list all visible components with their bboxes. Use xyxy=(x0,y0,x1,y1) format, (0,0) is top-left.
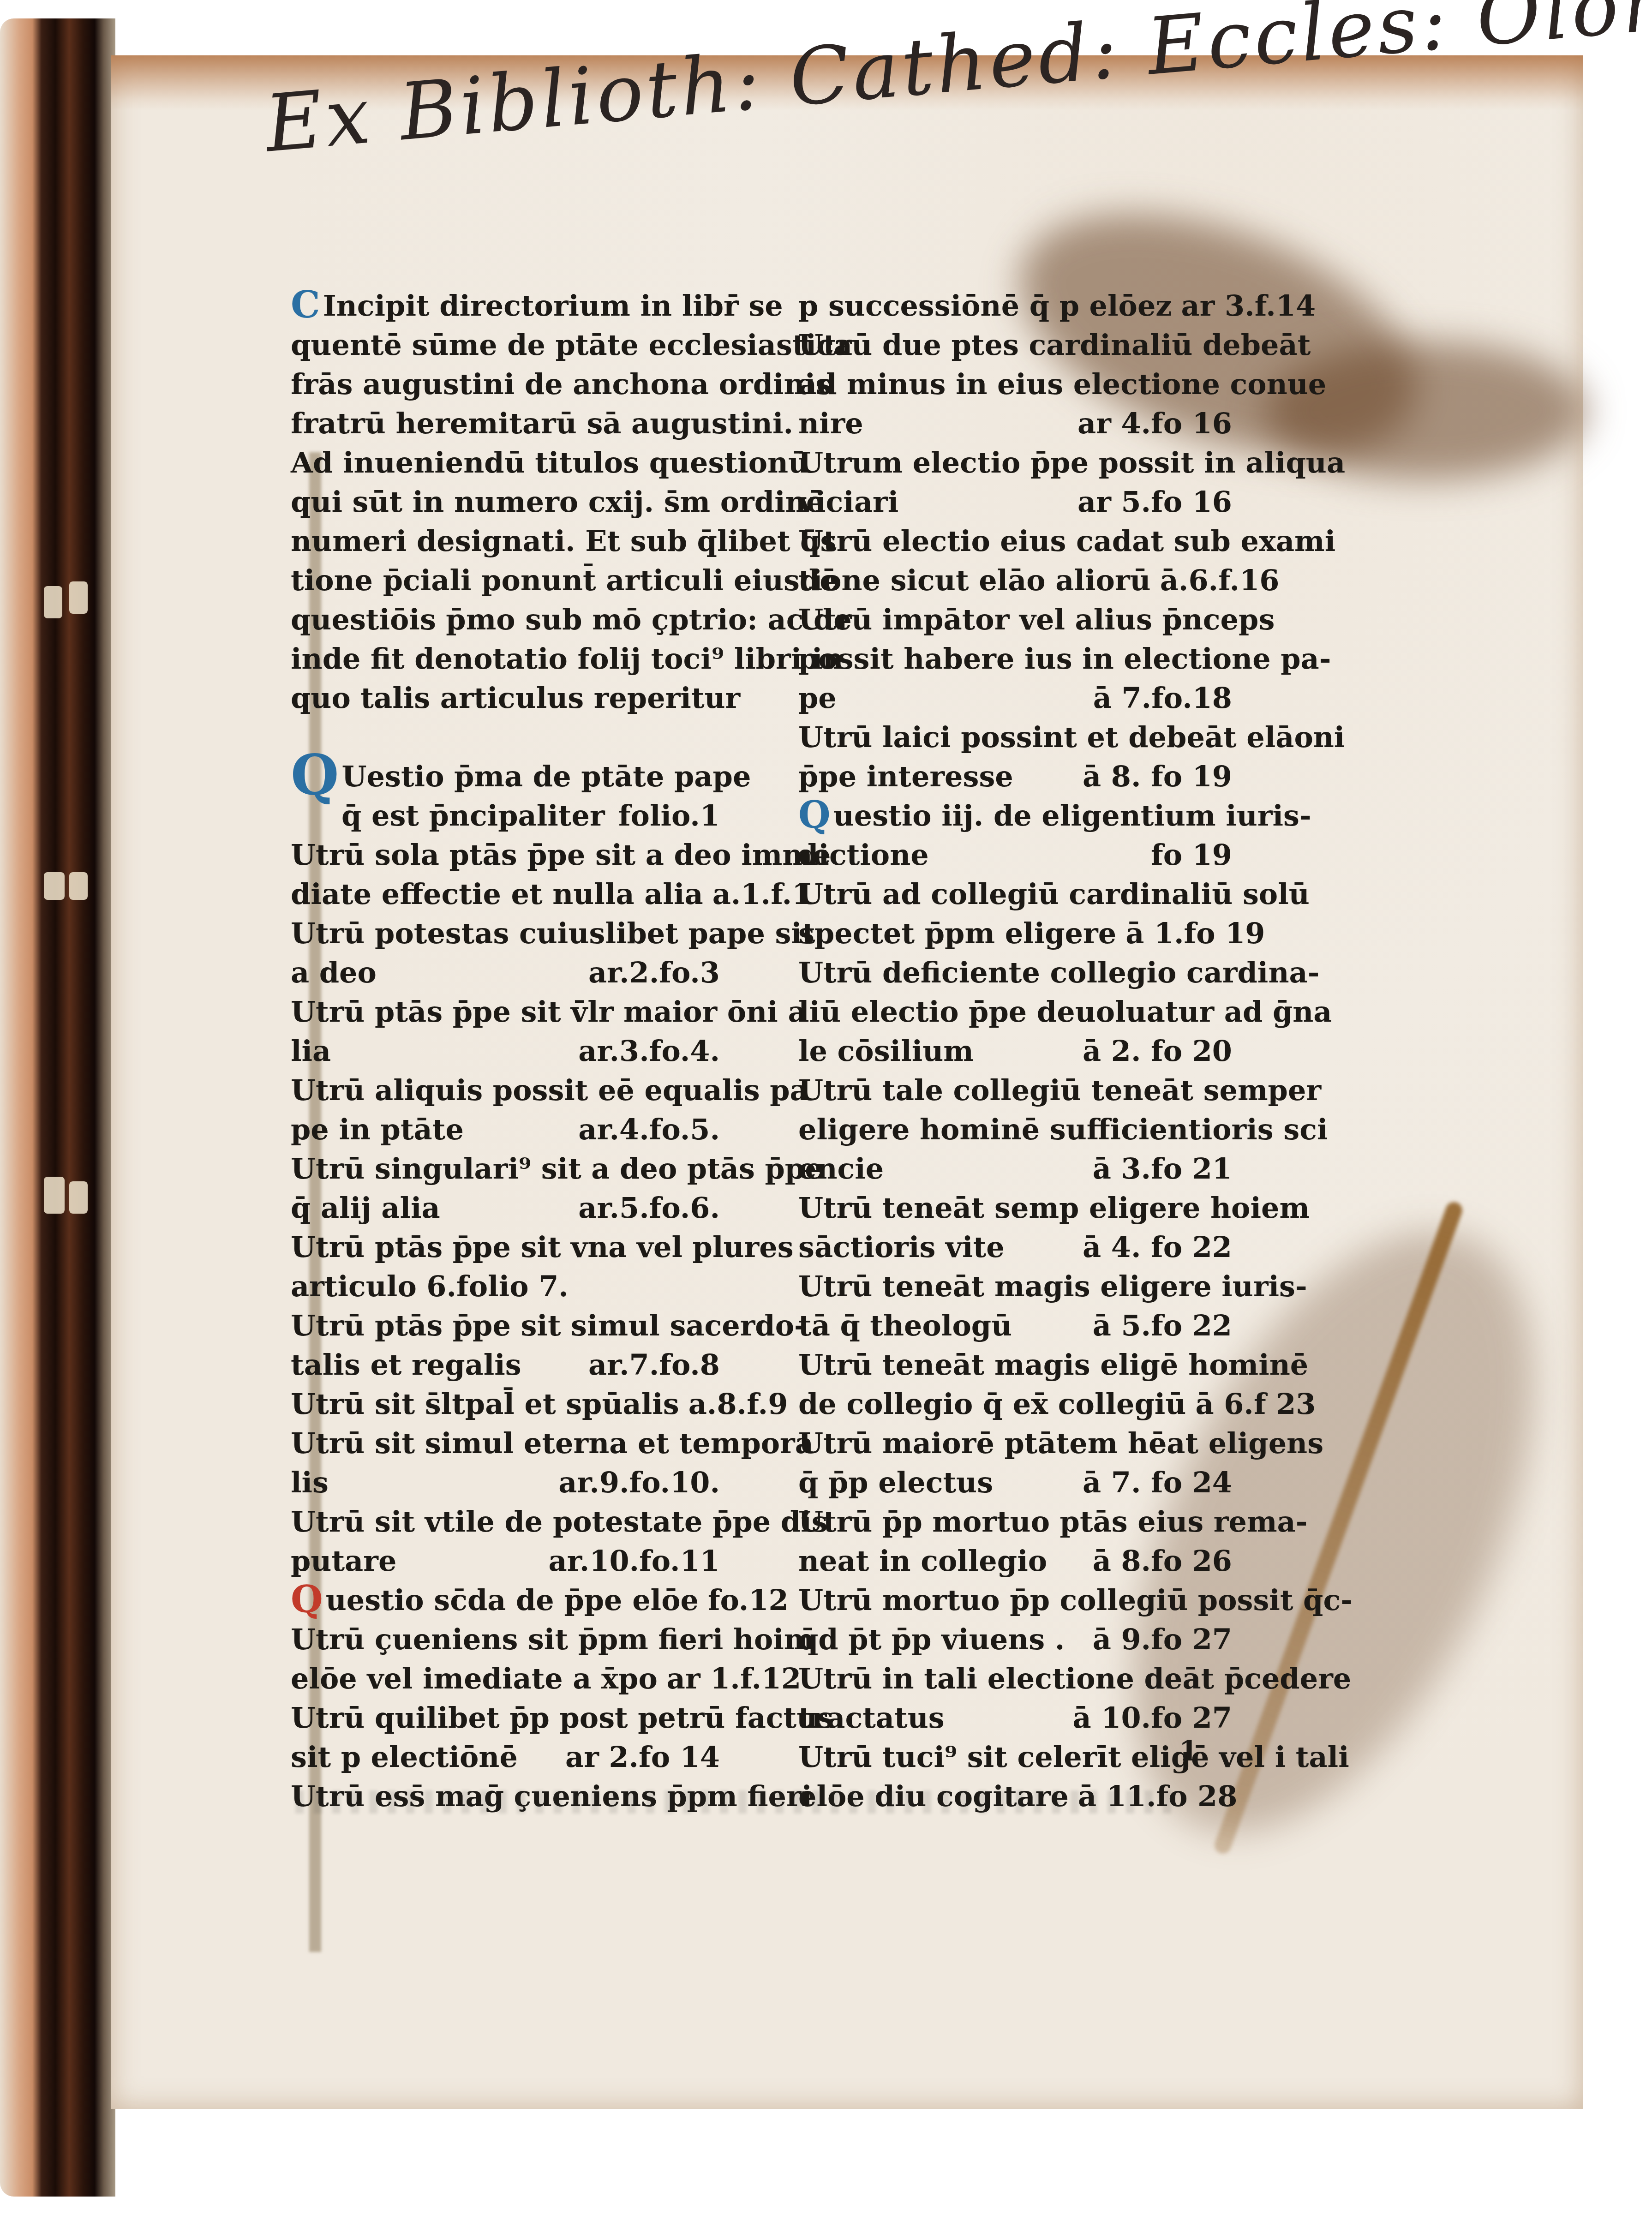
toc-entry: Utrū sola ptās p̄pe sit a deo imme xyxy=(291,835,720,874)
toc-entry: sāctioris viteā 4. fo 22 xyxy=(798,1227,1232,1267)
toc-entry: Utrū aliquis possit eē equalis pa xyxy=(291,1071,720,1110)
folio-ref: ā 5.fo 22 xyxy=(1083,1306,1232,1345)
text-line: questiōis p̄mo sub mō çptrio: ac de xyxy=(291,600,720,639)
toc-entry: Utrū çueniens sit p̄pm fieri hoim xyxy=(291,1620,720,1659)
folio-ref: ā 1.fo 19 xyxy=(1116,914,1265,953)
folio-ref: ā 10.fo 27 xyxy=(1063,1698,1232,1737)
toc-entry: Utrū potestas cuiuslibet pape sit xyxy=(291,914,720,953)
toc-entry: Utrū ptās p̄pe sit simul sacerdo- xyxy=(291,1306,720,1345)
toc-entry: p successiōnē q̄ p elōezar 3.f.14 xyxy=(798,286,1232,325)
toc-entry: de collegio q̄ ex̄ collegiūā 6.f 23 xyxy=(798,1384,1232,1424)
toc-entry: eligere hominē sufficientioris sci xyxy=(798,1110,1232,1149)
toc-entry: q̄d p̄t p̄p viuens .ā 9.fo 27 xyxy=(798,1620,1232,1659)
folio-ref: ar.4.fo.5. xyxy=(569,1110,720,1149)
toc-entry: q̄ est p̄ncipaliterfolio.1 xyxy=(291,796,720,835)
toc-entry: peā 7.fo.18 xyxy=(798,678,1232,718)
folio-ref: ā.6.f.16 xyxy=(1151,561,1280,600)
text-line: tione p̄ciali ponunt̄ articuli eiusdē xyxy=(291,561,720,600)
folio-ref: ar 1.f.12 xyxy=(658,1659,801,1698)
toc-entry: Utrū sit simul eterna et tempora xyxy=(291,1424,720,1463)
text-line: quo talis articulus reperitur xyxy=(291,678,720,718)
binding-fragment xyxy=(44,586,62,618)
toc-entry: talis et regalisar.7.fo.8 xyxy=(291,1345,720,1384)
toc-entry: tione sicut elāo aliorūā.6.f.16 xyxy=(798,561,1232,600)
toc-entry: viciariar 5.fo 16 xyxy=(798,482,1232,521)
toc-entry: pe in ptātear.4.fo.5. xyxy=(291,1110,720,1149)
text-line: fratrū heremitarū sā augustini. xyxy=(291,404,720,443)
toc-entry: encieā 3.fo 21 xyxy=(798,1149,1232,1188)
folio-ref: ā 3.fo 21 xyxy=(1083,1149,1232,1188)
question-heading: Questio sc̄da de p̄pe elōe fo.12 xyxy=(291,1580,720,1620)
toc-entry: elōe vel imediate a x̄poar 1.f.12 xyxy=(291,1659,720,1698)
binding-fragment xyxy=(69,1181,88,1214)
toc-entry: Utrū electio eius cadat sub exami xyxy=(798,521,1232,561)
rubricated-initial-q: Q xyxy=(798,796,831,833)
toc-entry: Utrū p̄p mortuo ptās eius rema- xyxy=(798,1502,1232,1541)
toc-entry: liū electio p̄pe deuoluatur ad ḡna xyxy=(798,992,1232,1031)
folio-ref: a.8.f.9 xyxy=(679,1384,788,1424)
folio-ref: ar 5.fo 16 xyxy=(1068,482,1232,521)
text-line: numeri designati. Et sub q̄libet q̄s xyxy=(291,521,720,561)
folio-ref: ar 4.fo 16 xyxy=(1068,404,1232,443)
toc-entry: Utrū tuci⁹ sit celerīt eligē vel i tali xyxy=(798,1737,1232,1777)
toc-entry: Utrū teneāt magis eligere iuris- xyxy=(798,1267,1232,1306)
toc-entry: q̄ p̄p electusā 7. fo 24 xyxy=(798,1463,1232,1502)
text-line: frās augustini de anchona ordinis xyxy=(291,365,720,404)
toc-entry: p̄pe interesseā 8. fo 19 xyxy=(798,757,1232,796)
toc-entry: diate effectie et nulla aliaa.1.f.1 xyxy=(291,874,720,914)
toc-entry: neat in collegioā 8.fo 26 xyxy=(798,1541,1232,1580)
folio-ref: ā 4. fo 22 xyxy=(1073,1227,1232,1267)
toc-entry: Utrū mortuo p̄p collegiū possit q̄c- xyxy=(798,1580,1232,1620)
toc-entry: Utrū sit vtile de potestate p̄pe dis xyxy=(291,1502,720,1541)
binding-fragment xyxy=(44,1177,65,1214)
rubricated-initial-c: C xyxy=(291,286,320,323)
toc-entry: tractatusā 10.fo 27 xyxy=(798,1698,1232,1737)
toc-entry: a deoar.2.fo.3 xyxy=(291,953,720,992)
toc-entry: Utrū impātor vel alius p̄nceps xyxy=(798,600,1232,639)
folio-ref: ā 9.fo 27 xyxy=(1083,1620,1232,1659)
book-spine-binding xyxy=(0,18,115,2197)
toc-entry: dictionefo 19 xyxy=(798,835,1232,874)
toc-entry: Utrū singulari⁹ sit a deo ptās p̄pe xyxy=(291,1149,720,1188)
folio-ref: ar 2.fo 14 xyxy=(556,1737,720,1777)
folio-ref: ar.5.fo.6. xyxy=(569,1188,720,1227)
folio-ref: ar.9.fo.10. xyxy=(549,1463,720,1502)
folio-ref: ar.10.fo.11 xyxy=(539,1541,720,1580)
toc-entry: articulo 6.folio 7. xyxy=(291,1267,720,1306)
folio-ref: ā 8.fo 26 xyxy=(1083,1541,1232,1580)
text-line: CIncipit directorium in libr̄ se xyxy=(291,286,720,325)
left-text-column: CIncipit directorium in libr̄ se quentē … xyxy=(291,286,720,1816)
folio-ref: ā 7. fo 24 xyxy=(1073,1463,1232,1502)
folio-ref: folio.1 xyxy=(609,796,720,835)
folio-ref: ar 3.f.14 xyxy=(1172,286,1316,325)
signature-mark: 1 xyxy=(1179,1735,1198,1767)
binding-fragment xyxy=(69,581,88,614)
text-line: Ad inueniendū titulos questionū xyxy=(291,443,720,482)
toc-entry: Utrū sit s̄ltpal̄ et spūalisa.8.f.9 xyxy=(291,1384,720,1424)
folio-ref: ar.3.fo.4. xyxy=(569,1031,720,1071)
toc-entry: Utrū teneāt magis eligē hominē xyxy=(798,1345,1232,1384)
toc-entry: Utrū maiorē ptātem hēat eligens xyxy=(798,1424,1232,1463)
toc-entry: Utrū laici possint et debeāt elāoni xyxy=(798,718,1232,757)
toc-entry: le cōsiliumā 2. fo 20 xyxy=(798,1031,1232,1071)
text-line: inde fit denotatio folij toci⁹ libri in xyxy=(291,639,720,678)
toc-entry: ad minus in eius electione conue xyxy=(798,365,1232,404)
folio-ref: ā 8. fo 19 xyxy=(1073,757,1232,796)
toc-entry: Utrum electio p̄pe possit in aliqua xyxy=(798,443,1232,482)
toc-entry: Utrū in tali electione deāt p̄cedere xyxy=(798,1659,1232,1698)
text-line: qui sūt in numero cxij. s̄m ordinē xyxy=(291,482,720,521)
toc-entry: Utrū ptās p̄pe sit vna vel plures xyxy=(291,1227,720,1267)
toc-entry: Utrū ptās p̄pe sit v̄lr maior ōni a xyxy=(291,992,720,1031)
toc-entry: possit habere ius in electione pa- xyxy=(798,639,1232,678)
right-text-column: p successiōnē q̄ p elōezar 3.f.14 Utrū d… xyxy=(798,286,1232,1816)
toc-entry: sit p electiōnēar 2.fo 14 xyxy=(291,1737,720,1777)
rubricated-initial-q: Q xyxy=(291,757,339,794)
question-heading: QUestio p̄ma de ptāte pape xyxy=(291,757,720,796)
toc-entry: nirear 4.fo 16 xyxy=(798,404,1232,443)
folio-ref: fo.12 xyxy=(699,1580,789,1620)
show-through-text xyxy=(295,1790,1172,1814)
toc-entry: liaar.3.fo.4. xyxy=(291,1031,720,1071)
toc-entry: Utrū teneāt semp eligere hoiem xyxy=(798,1188,1232,1227)
toc-entry: Utrū tale collegiū teneāt semper xyxy=(798,1071,1232,1110)
folio-ref: ā 7.fo.18 xyxy=(1084,678,1232,718)
toc-entry: Utrū deficiente collegio cardina- xyxy=(798,953,1232,992)
text-line: quentē sūme de ptāte ecclesiastica xyxy=(291,325,720,365)
binding-fragment xyxy=(44,872,65,900)
binding-fragment xyxy=(69,872,88,900)
folio-ref: ar.7.fo.8 xyxy=(579,1345,720,1384)
folio-ref: ar.2.fo.3 xyxy=(579,953,720,992)
rubricated-initial-q-red: Q xyxy=(291,1580,323,1617)
toc-entry: Utrū quilibet p̄p post petrū factus xyxy=(291,1698,720,1737)
toc-entry: q̄ alij aliaar.5.fo.6. xyxy=(291,1188,720,1227)
toc-entry: lisar.9.fo.10. xyxy=(291,1463,720,1502)
toc-entry: tā q̄ theologūā 5.fo 22 xyxy=(798,1306,1232,1345)
folio-ref: fo 19 xyxy=(1142,835,1232,874)
toc-entry: putarear.10.fo.11 xyxy=(291,1541,720,1580)
folio-ref: a.1.f.1 xyxy=(703,874,812,914)
folio-ref: ā 6.f 23 xyxy=(1186,1384,1316,1424)
folio-ref: ā 2. fo 20 xyxy=(1073,1031,1232,1071)
toc-entry: spectet p̄pm eligereā 1.fo 19 xyxy=(798,914,1232,953)
toc-entry: Utrū ad collegiū cardinaliū solū xyxy=(798,874,1232,914)
toc-entry: Utrū due ptes cardinaliū debeāt xyxy=(798,325,1232,365)
question-heading: Questio iij. de eligentium iuris- xyxy=(798,796,1232,835)
